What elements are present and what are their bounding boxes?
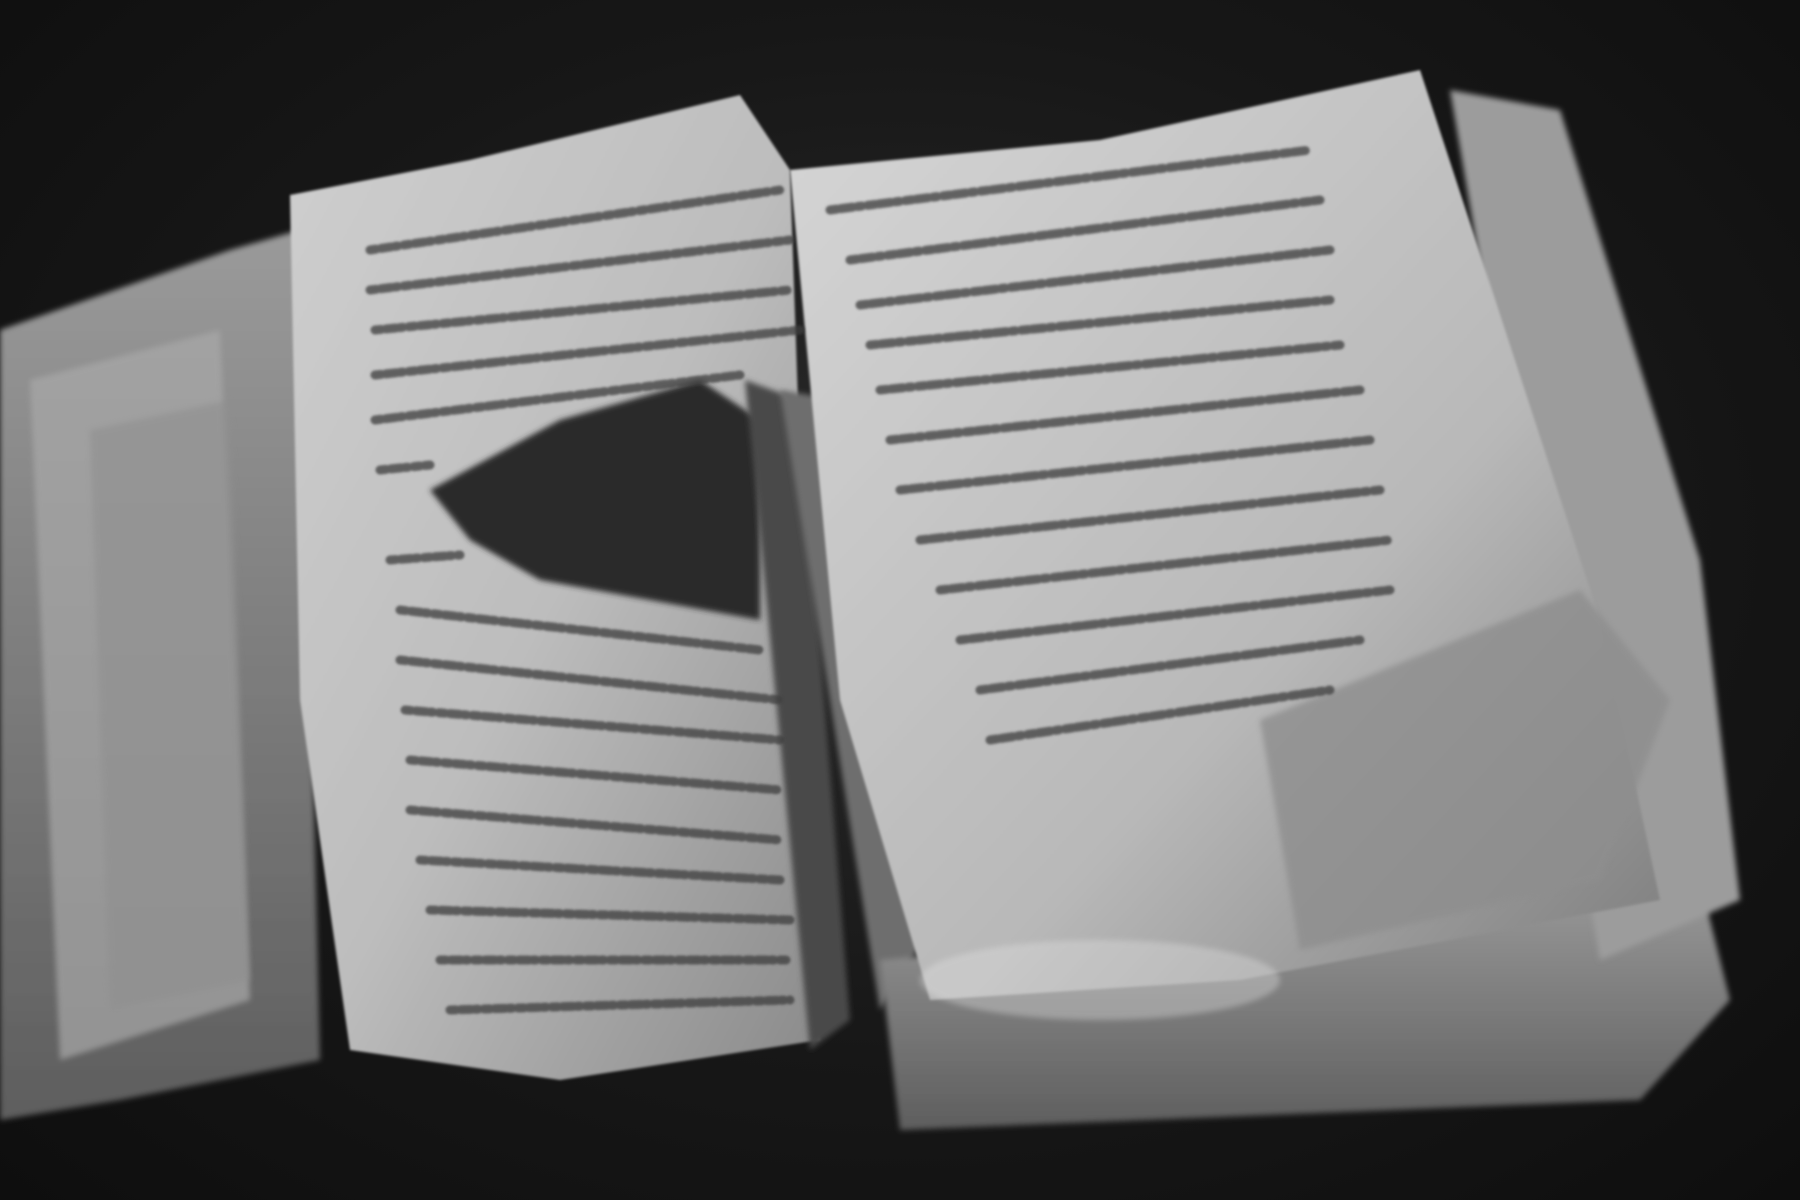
- book-illustration: [0, 0, 1800, 1200]
- left-page-stack: [0, 230, 320, 1120]
- photo-scene: Black-and-white photograph of a worn, to…: [0, 0, 1800, 1200]
